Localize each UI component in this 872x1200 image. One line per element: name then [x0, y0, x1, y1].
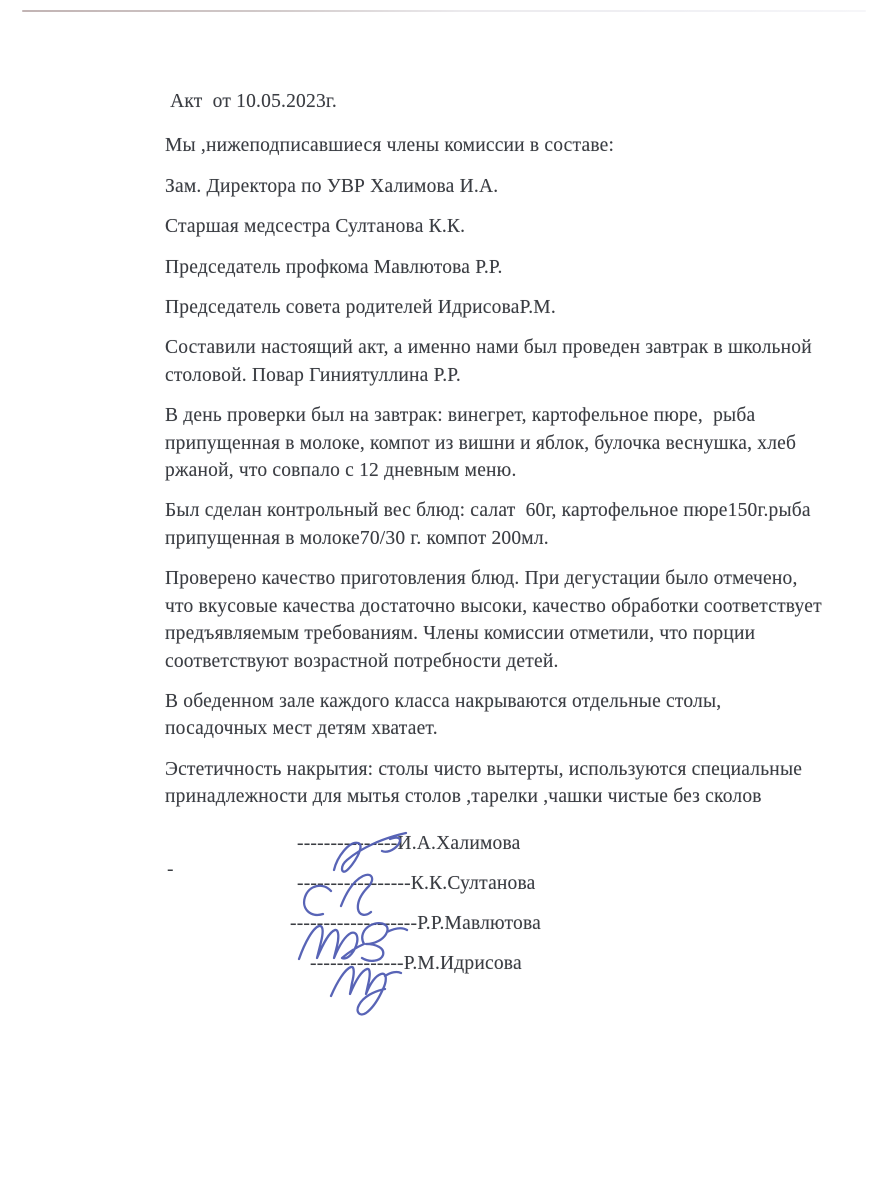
paragraph-act-statement: Составили настоящий акт, а именно нами б…: [165, 334, 825, 389]
paragraph-breakfast-menu: В день проверки был на завтрак: винегрет…: [165, 402, 825, 484]
signature-dashes: --------------: [310, 953, 404, 974]
document-content: Акт от 10.05.2023г. Мы ,нижеподписавшиес…: [165, 88, 825, 984]
signature-dashes: ---------------: [297, 833, 397, 854]
paragraph-commission-intro: Мы ,нижеподписавшиеся члены комиссии в с…: [165, 132, 825, 159]
scanned-document-page: Акт от 10.05.2023г. Мы ,нижеподписавшиес…: [0, 0, 872, 1200]
signature-row-idrisova: --------------Р.М.Идрисова: [165, 944, 825, 984]
signature-block: ---------------И.А.Халимова ------------…: [165, 824, 825, 984]
signature-row-sultanova: -----------------К.К.Султанова: [165, 864, 825, 904]
signature-dashes: -----------------: [297, 873, 411, 894]
paragraph-member-idrisova: Председатель совета родителей ИдрисоваР.…: [165, 294, 825, 321]
paragraph-quality-check: Проверено качество приготовления блюд. П…: [165, 565, 825, 675]
signatory-name: Р.М.Идрисова: [404, 953, 522, 974]
stray-dash-mark: -: [167, 856, 174, 883]
signatory-name: К.К.Султанова: [411, 873, 536, 894]
paragraph-control-weights: Был сделан контрольный вес блюд: салат 6…: [165, 497, 825, 552]
paragraph-member-khalimova: Зам. Директора по УВР Халимова И.А.: [165, 173, 825, 200]
signatory-name: И.А.Халимова: [397, 833, 520, 854]
paragraph-table-setting: Эстетичность накрытия: столы чисто вытер…: [165, 756, 825, 811]
paragraph-member-mavlyutova: Председатель профкома Мавлютова Р.Р.: [165, 254, 825, 281]
paragraph-member-sultanova: Старшая медсестра Султанова К.К.: [165, 213, 825, 240]
signature-row-khalimova: ---------------И.А.Халимова: [165, 824, 825, 864]
signatory-name: Р.Р.Мавлютова: [417, 913, 541, 934]
signature-row-mavlyutova: -------------------Р.Р.Мавлютова: [165, 904, 825, 944]
paragraph-dining-hall: В обеденном зале каждого класса накрываю…: [165, 688, 825, 743]
scan-artifact-line: [22, 10, 866, 12]
document-title: Акт от 10.05.2023г.: [165, 88, 825, 115]
signature-dashes: -------------------: [290, 913, 417, 934]
